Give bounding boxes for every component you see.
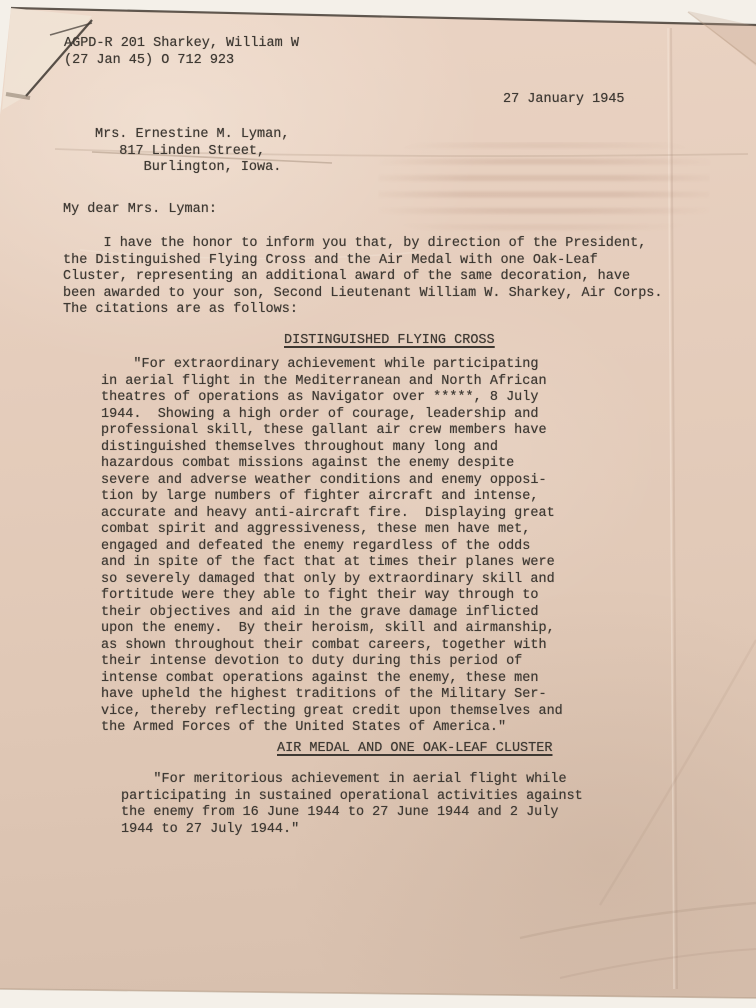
citation-body-dfc: "For extraordinary achievement while par… [101,357,563,737]
recipient-address: Mrs. Ernestine M. Lyman, 817 Linden Stre… [95,127,289,177]
citation-body-air-medal: "For meritorious achievement in aerial f… [121,772,583,838]
ghost-text-artifact [377,142,711,240]
scanned-letter-page: { "colors": { "paper": "#e5cdbc", "paper… [0,0,756,1008]
date-line: 27 January 1945 [503,92,625,109]
citation-heading-dfc: DISTINGUISHED FLYING CROSS [284,333,495,350]
citation-heading-air-medal: AIR MEDAL AND ONE OAK-LEAF CLUSTER [277,741,552,758]
intro-paragraph: I have the honor to inform you that, by … [63,236,663,319]
reference-number: AGPD-R 201 Sharkey, William W (27 Jan 45… [64,36,299,69]
salutation: My dear Mrs. Lyman: [63,202,217,219]
